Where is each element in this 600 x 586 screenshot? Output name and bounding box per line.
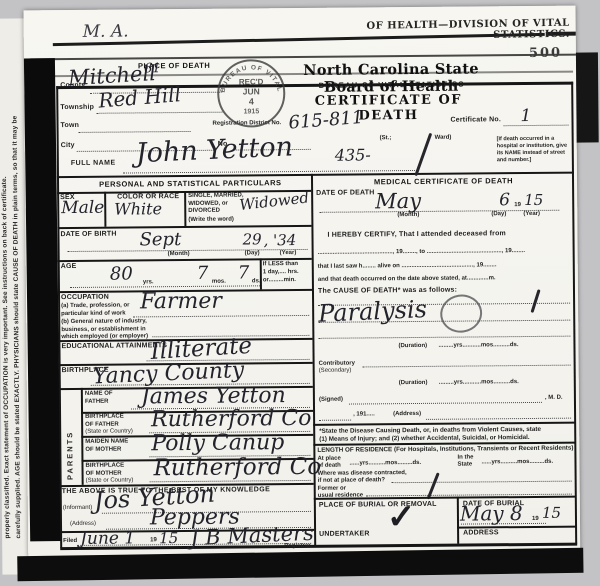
duration-label-2: (Duration) xyxy=(399,380,428,388)
duration-units-2: .........yrs...........mos..........ds. xyxy=(439,379,519,387)
age-mos-label: mos. xyxy=(212,279,226,287)
informant-address-label: (Address) xyxy=(70,521,96,529)
hospital-note: [If death occurred in a hospital or inst… xyxy=(497,136,571,164)
dob-month: Sept xyxy=(139,229,181,250)
dod-month-value: May xyxy=(375,189,421,213)
filed-label: Filed xyxy=(63,538,77,546)
race-value: White xyxy=(114,199,162,218)
burial-place-label: PLACE OF BURIAL OR REMOVAL xyxy=(319,501,437,510)
mother-name-value: Polly Canup xyxy=(151,430,284,456)
age-note-2: 1 day,.... hrs. xyxy=(263,269,299,277)
stamp-day: 4 xyxy=(249,96,254,106)
date-of-death-label: DATE OF DEATH xyxy=(316,189,374,198)
occupation-a-value: Farmer xyxy=(140,289,222,315)
dod-year-value: 15 xyxy=(524,191,543,209)
top-handwritten-note: M. A. xyxy=(83,21,129,41)
father-name-label: NAME OF FATHER xyxy=(85,391,125,406)
age-days-value: 7 xyxy=(238,262,250,283)
race-marital-divider xyxy=(184,191,186,226)
page-number: 500 xyxy=(529,46,562,61)
duration-label-1: (Duration) xyxy=(398,343,427,351)
age-note-divider xyxy=(260,258,262,289)
burial-year-value: 15 xyxy=(542,504,561,522)
township-label: Township xyxy=(60,104,94,113)
dod-year-hint: (Year) xyxy=(523,211,540,219)
certificate-no-value: 1 xyxy=(520,106,531,126)
signed-label: (Signed) xyxy=(319,397,343,405)
occupation-label: OCCUPATION xyxy=(61,294,109,303)
stamp-year: 1915 xyxy=(244,108,260,115)
state-board-title: North Carolina State Board of Health xyxy=(290,60,492,96)
dob-year-hint: (Year) xyxy=(280,250,297,258)
duration-units-1: .........yrs...........mos..........ds. xyxy=(438,342,518,350)
cause-of-death-label: The CAUSE OF DEATH* was as follows: xyxy=(318,287,457,297)
stamp-recd: REC'D xyxy=(239,77,264,86)
county-code: 61 xyxy=(144,61,161,76)
certify-line-1: I HEREBY CERTIFY, That I attended deceas… xyxy=(327,230,506,240)
dob-day-hint: (Day) xyxy=(245,250,260,258)
signed-year-blank: , 191..... xyxy=(353,411,375,419)
medical-section-title: MEDICAL CERTIFICATE OF DEATH xyxy=(374,176,513,186)
top-strip-text: OF HEALTH—DIVISION OF VITAL STATISTICS. xyxy=(298,18,570,44)
dob-year: , '34 xyxy=(263,231,296,249)
city-label: City xyxy=(61,142,75,151)
occupation-b-label: (b) General nature of industry, business… xyxy=(61,318,153,341)
street-label: (St.; xyxy=(380,135,392,143)
in-state-label-2: State xyxy=(457,462,472,470)
dod-day-value: 6 xyxy=(499,190,510,210)
age-yrs-label: yrs. xyxy=(143,279,154,287)
personal-section-title: PERSONAL AND STATISTICAL PARTICULARS xyxy=(99,178,282,189)
age-note-1: If LESS than xyxy=(263,261,298,269)
at-place-label-2: of death xyxy=(317,463,340,471)
mother-name-label: MAIDEN NAME OF MOTHER xyxy=(85,438,131,453)
house-number-value: 435- xyxy=(335,145,371,164)
bureau-subtitle: BUREAU OF VITAL STATISTICS xyxy=(314,80,469,90)
signed-date-line xyxy=(319,419,351,421)
checkmark-burial-place: ✓ xyxy=(387,497,416,537)
dob-label: DATE OF BIRTH xyxy=(60,231,116,240)
md-label: , M. D. xyxy=(545,395,563,403)
certificate-no-label: Certificate No. xyxy=(450,116,501,125)
age-years-value: 80 xyxy=(110,263,133,284)
registrar-label: Registrar. xyxy=(284,543,312,551)
ward-label: Ward) xyxy=(435,135,452,143)
cause-of-death-value: Paralysis xyxy=(318,295,428,328)
death-certificate-scan: carefully supplied. AGE should be stated… xyxy=(0,0,600,586)
parents-side-label: PARENTS xyxy=(65,394,75,480)
stamp-month: JUN xyxy=(243,86,260,96)
contracted-label-2: if not at place of death? xyxy=(318,477,385,485)
age-note-3: or.........min. xyxy=(263,277,296,285)
in-state-units: ......yrs..........mos.........ds. xyxy=(481,459,553,467)
dod-month-hint: (Month) xyxy=(397,212,419,220)
received-stamp: BUREAU OF VITAL STATISTICS REC'D JUN 4 1… xyxy=(216,58,287,129)
signed-address-hint: (Address) xyxy=(393,411,421,419)
town-label: Town xyxy=(60,122,79,131)
full-name-label: FULL NAME xyxy=(71,160,116,169)
at-place-units: ......yrs..........mos.........ds. xyxy=(349,460,421,468)
secondary-hint: (Secondary) xyxy=(319,368,352,376)
undertaker-label: UNDERTAKER xyxy=(319,530,370,539)
scan-right-band xyxy=(576,52,599,142)
informant-label: (Informant) xyxy=(63,505,92,513)
age-label: AGE xyxy=(61,263,77,272)
certify-line-3: that I last saw h........ alive on .....… xyxy=(318,262,497,271)
dod-day-hint: (Day) xyxy=(491,211,506,219)
certify-line-4: and that death occurred on the date abov… xyxy=(318,275,496,284)
dod-year-prefix: 19 xyxy=(514,202,521,210)
undertaker-address-label: ADDRESS xyxy=(463,529,499,538)
burial-year-prefix: 19 xyxy=(532,516,539,524)
father-birthplace-label: BIRTHPLACE OF FATHER xyxy=(85,413,131,428)
dob-month-hint: (Month) xyxy=(168,251,190,259)
dob-day: 29 xyxy=(242,230,261,248)
age-months-value: 7 xyxy=(197,263,209,284)
marital-hint: (Write the word) xyxy=(188,217,234,225)
sex-race-divider xyxy=(104,192,106,227)
father-birthplace-value: Rutherford Co xyxy=(151,406,312,432)
mother-birthplace-value: Rutherford Co xyxy=(153,454,321,481)
occupation-a-label: (a) Trade, profession, or particular kin… xyxy=(61,302,133,318)
mother-birthplace-label: BIRTHPLACE OF MOTHER xyxy=(85,462,131,477)
sex-value: Male xyxy=(61,198,104,218)
